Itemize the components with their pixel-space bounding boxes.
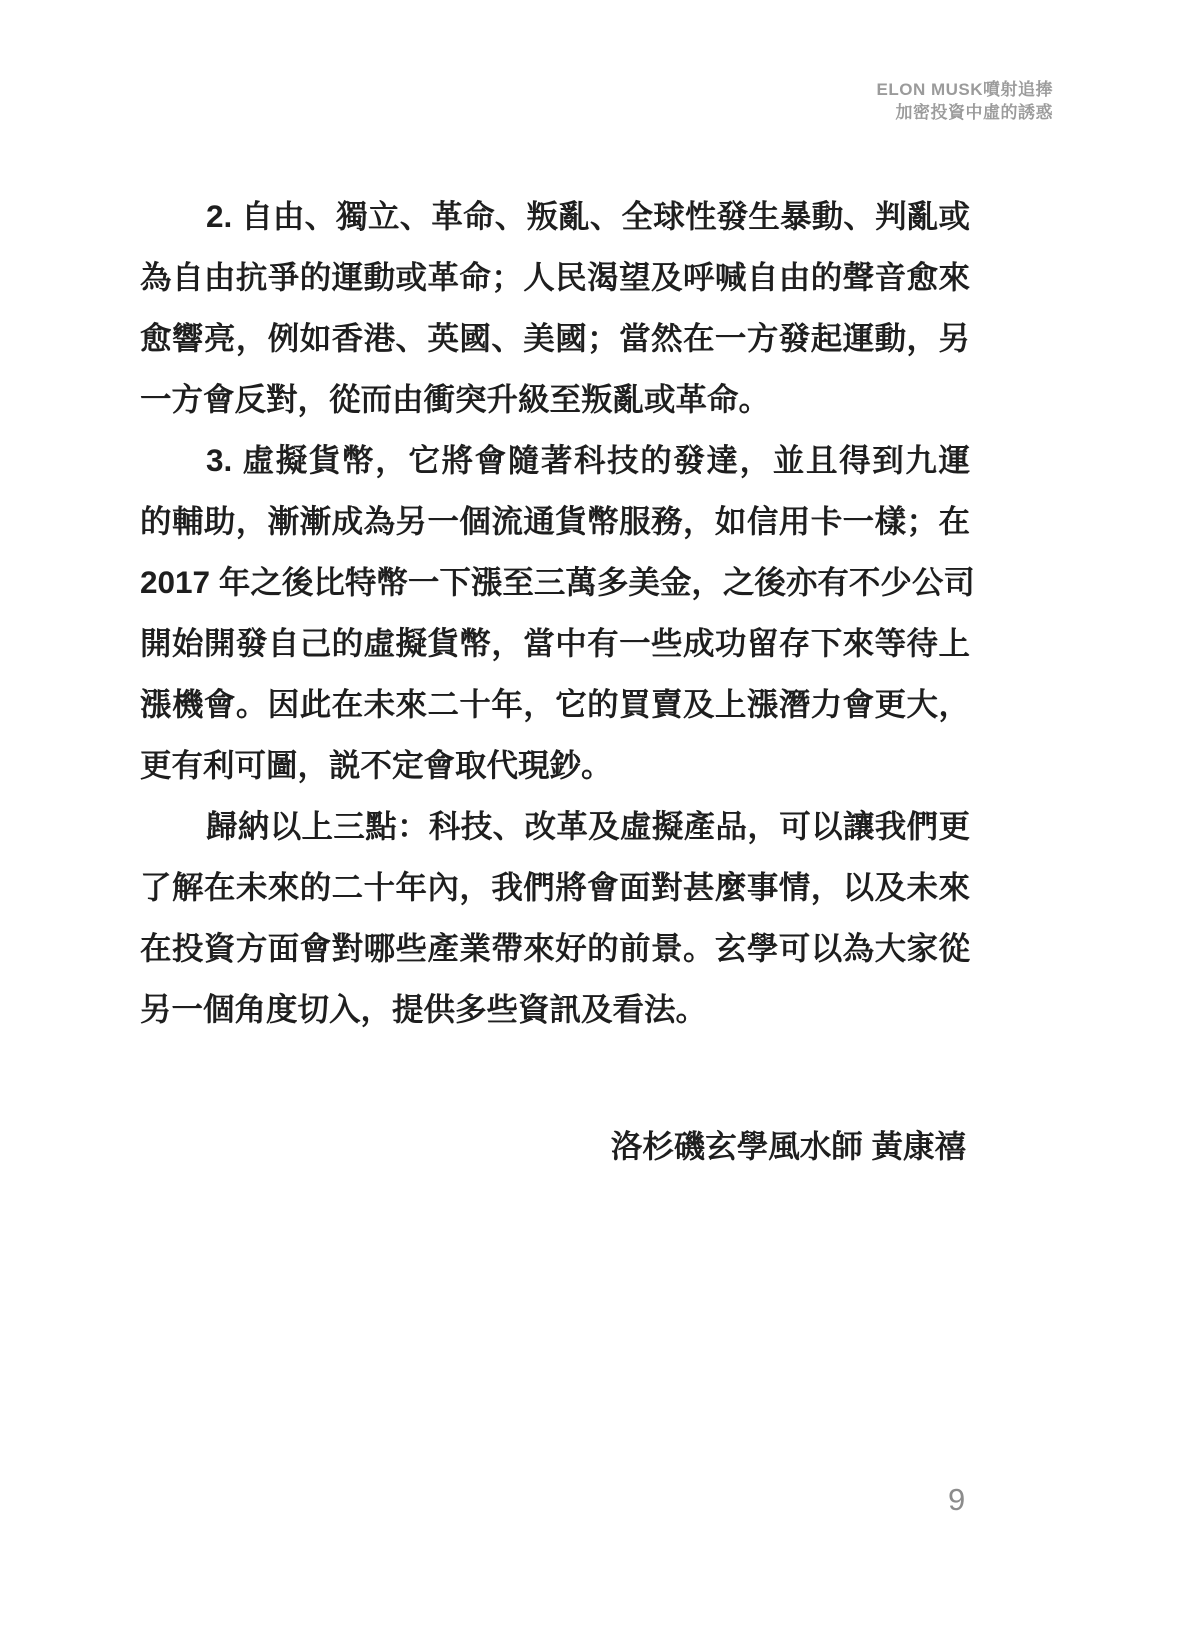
body-line: 為自由抗爭的運動或革命；人民渴望及呼喊自由的聲音愈來: [140, 247, 970, 308]
body-line: 3. 虛擬貨幣，它將會隨著科技的發達，並且得到九運: [140, 430, 970, 491]
body-line: 漲機會。因此在未來二十年，它的買賣及上漲潛力會更大，: [140, 674, 970, 735]
body-line: 一方會反對，從而由衝突升級至叛亂或革命。: [140, 369, 970, 430]
book-page: ELON MUSK噴射追捧 加密投資中虛的誘惑 2. 自由、獨立、革命、叛亂、全…: [0, 0, 1190, 1646]
body-line: 2017 年之後比特幣一下漲至三萬多美金，之後亦有不少公司: [140, 552, 970, 613]
body-text: 2. 自由、獨立、革命、叛亂、全球性發生暴動、判亂或 為自由抗爭的運動或革命；人…: [140, 186, 970, 1177]
body-line: 開始開發自己的虛擬貨幣，當中有一些成功留存下來等待上: [140, 613, 970, 674]
body-line: 更有利可圖，説不定會取代現鈔。: [140, 735, 970, 796]
paragraph-3: 3. 虛擬貨幣，它將會隨著科技的發達，並且得到九運 的輔助，漸漸成為另一個流通貨…: [140, 430, 970, 796]
body-line: 另一個角度切入，提供多些資訊及看法。: [140, 979, 970, 1040]
paragraph-2: 2. 自由、獨立、革命、叛亂、全球性發生暴動、判亂或 為自由抗爭的運動或革命；人…: [140, 186, 970, 430]
paragraph-summary: 歸納以上三點：科技、改革及虛擬產品，可以讓我們更 了解在未來的二十年內，我們將會…: [140, 796, 970, 1040]
running-head-subtitle: 加密投資中虛的誘惑: [877, 101, 1054, 124]
page-number: 9: [948, 1482, 965, 1518]
body-line: 歸納以上三點：科技、改革及虛擬產品，可以讓我們更: [140, 796, 970, 857]
running-head-title: ELON MUSK噴射追捧: [877, 78, 1054, 101]
body-line: 了解在未來的二十年內，我們將會面對甚麼事情，以及未來: [140, 857, 970, 918]
body-line: 在投資方面會對哪些產業帶來好的前景。玄學可以為大家從: [140, 918, 970, 979]
running-head: ELON MUSK噴射追捧 加密投資中虛的誘惑: [877, 78, 1054, 124]
body-line: 2. 自由、獨立、革命、叛亂、全球性發生暴動、判亂或: [140, 186, 970, 247]
body-line: 愈響亮，例如香港、英國、美國；當然在一方發起運動，另: [140, 308, 970, 369]
author-signature: 洛杉磯玄學風水師 黃康禧: [140, 1116, 970, 1177]
body-line: 的輔助，漸漸成為另一個流通貨幣服務，如信用卡一樣；在: [140, 491, 970, 552]
